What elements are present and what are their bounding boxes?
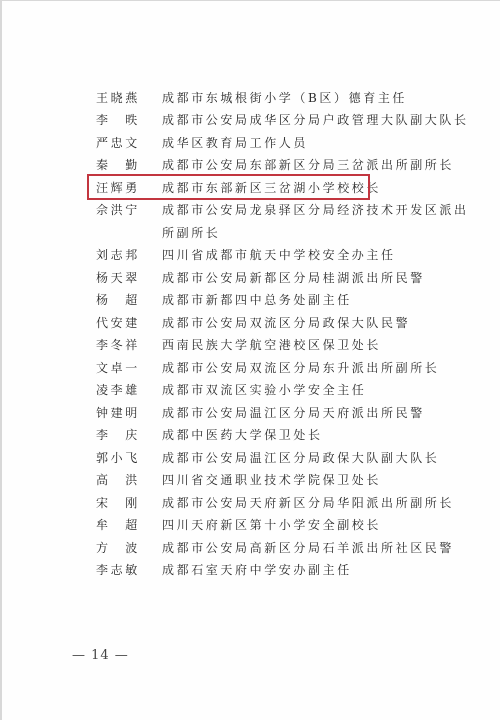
list-item: 杨 超成都市新都四中总务处副主任 — [96, 289, 496, 312]
list-item: 严忠文成华区教育局工作人员 — [96, 131, 496, 154]
person-role: 四川省成都市航天中学校安全办主任 — [162, 246, 496, 263]
person-name: 方 波 — [96, 539, 162, 556]
person-name: 代安建 — [96, 314, 162, 331]
list-item: 代安建成都市公安局双流区分局政保大队民警 — [96, 311, 496, 334]
person-role: 成都石室天府中学安办副主任 — [162, 561, 496, 578]
person-name: 李冬祥 — [96, 336, 162, 353]
person-role: 成都市公安局成华区分局户政管理大队副大队长 — [162, 111, 496, 128]
person-name: 宋 刚 — [96, 494, 162, 511]
list-item: 凌李雄成都市双流区实验小学安全主任 — [96, 379, 496, 402]
person-role: 成华区教育局工作人员 — [162, 134, 496, 151]
person-name: 李志敏 — [96, 561, 162, 578]
person-name: 刘志邦 — [96, 246, 162, 263]
person-role: 成都市公安局温江区分局政保大队副大队长 — [162, 449, 496, 466]
person-role: 成都市公安局高新区分局石羊派出所社区民警 — [162, 539, 496, 556]
person-name: 高 洪 — [96, 471, 162, 488]
list-item: 李 庆成都中医药大学保卫处长 — [96, 424, 496, 447]
person-role: 四川天府新区第十小学安全副校长 — [162, 516, 496, 533]
list-item: 李 昳成都市公安局成华区分局户政管理大队副大队长 — [96, 109, 496, 132]
document-page: 王晓燕成都市东城根街小学（B区）德育主任 李 昳成都市公安局成华区分局户政管理大… — [0, 0, 500, 720]
highlighted-list-item: 汪辉勇成都市东部新区三岔湖小学校校长 — [96, 176, 496, 199]
person-name: 严忠文 — [96, 134, 162, 151]
person-name: 秦 勤 — [96, 156, 162, 173]
person-role: 四川省交通职业技术学院保卫处长 — [162, 471, 496, 488]
person-name: 李 庆 — [96, 426, 162, 443]
list-item: 钟建明成都市公安局温江区分局天府派出所民警 — [96, 401, 496, 424]
list-item: 郭小飞成都市公安局温江区分局政保大队副大队长 — [96, 446, 496, 469]
list-item: 文卓一成都市公安局双流区分局东升派出所副所长 — [96, 356, 496, 379]
person-name: 文卓一 — [96, 359, 162, 376]
list-item: 王晓燕成都市东城根街小学（B区）德育主任 — [96, 86, 496, 109]
person-role: 成都中医药大学保卫处长 — [162, 426, 496, 443]
person-name: 牟 超 — [96, 516, 162, 533]
person-role: 成都市东城根街小学（B区）德育主任 — [162, 89, 496, 106]
person-role: 成都市公安局双流区分局政保大队民警 — [162, 314, 496, 331]
person-name: 钟建明 — [96, 404, 162, 421]
list-item: 佘洪宁成都市公安局龙泉驿区分局经济技术开发区派出 — [96, 199, 496, 222]
person-role: 成都市双流区实验小学安全主任 — [162, 381, 496, 398]
person-role: 成都市公安局双流区分局东升派出所副所长 — [162, 359, 496, 376]
person-role-continued: 所副所长 — [162, 224, 496, 241]
list-item: 高 洪四川省交通职业技术学院保卫处长 — [96, 469, 496, 492]
person-role: 成都市公安局新都区分局桂湖派出所民警 — [162, 269, 496, 286]
person-name: 李 昳 — [96, 111, 162, 128]
person-role: 成都市公安局东部新区分局三岔派出所副所长 — [162, 156, 496, 173]
person-role: 西南民族大学航空港校区保卫处长 — [162, 336, 496, 353]
list-item: 李志敏成都石室天府中学安办副主任 — [96, 559, 496, 582]
person-role: 成都市新都四中总务处副主任 — [162, 291, 496, 308]
person-name: 佘洪宁 — [96, 201, 162, 218]
list-item: 宋 刚成都市公安局天府新区分局华阳派出所副所长 — [96, 491, 496, 514]
list-item: 刘志邦四川省成都市航天中学校安全办主任 — [96, 244, 496, 267]
name-list: 王晓燕成都市东城根街小学（B区）德育主任 李 昳成都市公安局成华区分局户政管理大… — [96, 86, 496, 581]
person-name: 凌李雄 — [96, 381, 162, 398]
list-item: 秦 勤成都市公安局东部新区分局三岔派出所副所长 — [96, 154, 496, 177]
list-item: 牟 超四川天府新区第十小学安全副校长 — [96, 514, 496, 537]
person-name: 王晓燕 — [96, 89, 162, 106]
person-role: 成都市公安局龙泉驿区分局经济技术开发区派出 — [162, 201, 496, 218]
list-item: 李冬祥西南民族大学航空港校区保卫处长 — [96, 334, 496, 357]
list-item: 杨天翠成都市公安局新都区分局桂湖派出所民警 — [96, 266, 496, 289]
person-name: 郭小飞 — [96, 449, 162, 466]
person-role: 成都市公安局天府新区分局华阳派出所副所长 — [162, 494, 496, 511]
person-role: 成都市东部新区三岔湖小学校校长 — [162, 179, 496, 196]
person-name: 杨天翠 — [96, 269, 162, 286]
page-number: — 14 — — [72, 648, 129, 663]
person-name: 汪辉勇 — [96, 179, 162, 196]
person-role: 成都市公安局温江区分局天府派出所民警 — [162, 404, 496, 421]
list-item-continuation: 所副所长 — [96, 221, 496, 244]
list-item: 方 波成都市公安局高新区分局石羊派出所社区民警 — [96, 536, 496, 559]
person-name: 杨 超 — [96, 291, 162, 308]
